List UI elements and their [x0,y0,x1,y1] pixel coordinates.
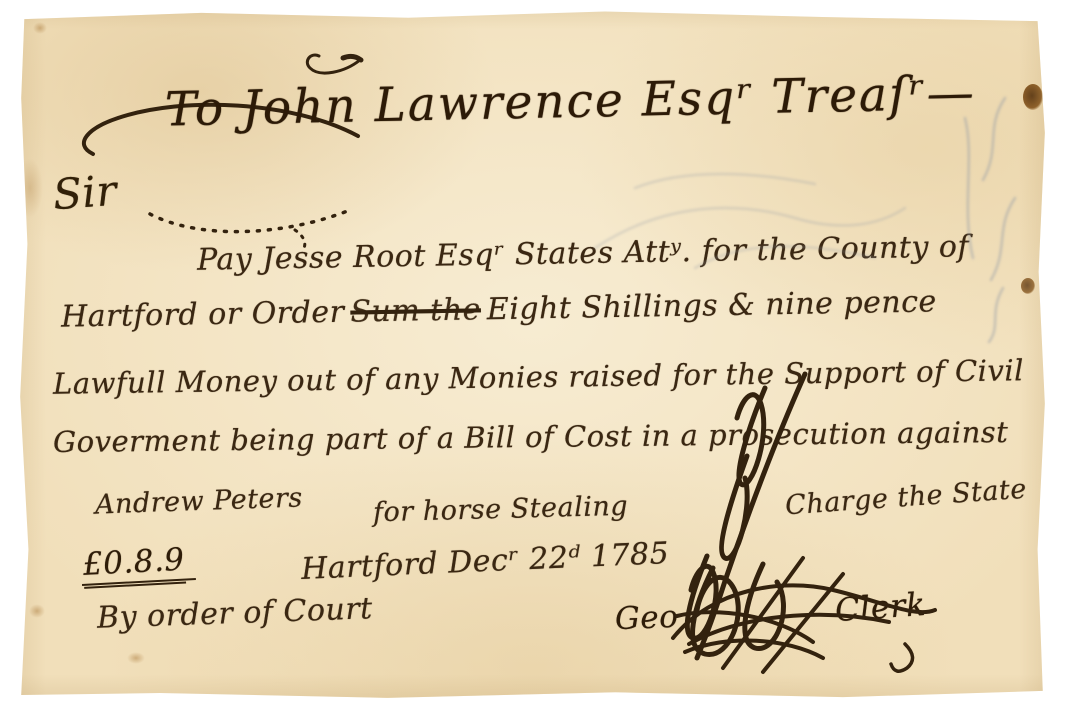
aged-paper-sheet: To John Lawrence Esqʳ Treaſʳ— Sir Pay Je… [15,8,1050,702]
amount-text: £0.8.9 [82,542,186,589]
defendant-name: Andrew Peters [95,482,304,520]
foxing-spot-bottom-left [29,604,45,618]
offense-description: for horse Stealing [373,491,629,529]
line2-pre-text: Hartford or Order [61,295,345,335]
ink-stain-top-right [1023,84,1043,110]
bleedthrough-marks-right [945,88,1045,348]
struck-out-word: Sum the [350,292,481,329]
place-and-date: Hartford Decʳ 22ᵈ 1785 [300,536,669,587]
ink-stain-right-edge [1021,278,1035,294]
body-line-amount-words: Hartford or OrderSum theEight Shillings … [61,284,937,334]
body-line-lawfull-money: Lawfull Money out of any Monies raised f… [53,353,1024,401]
by-order-of-court-note: By order of Court [96,591,373,636]
foxing-spot-bottom-center [127,652,145,664]
scanned-document-page: { "paper": { "color": "#f1dfba", "ink_co… [0,0,1080,717]
salutation: Sir [51,166,118,219]
smudge-left-margin [17,158,43,218]
body-line-bill-of-cost: Goverment being part of a Bill of Cost i… [53,415,1009,459]
signature-ink-scribble [653,548,953,678]
amount-figure: £0.8.9 [80,541,195,586]
line2-post-text: Eight Shillings & nine pence [487,284,937,327]
foxing-spot-top-left [33,22,47,34]
